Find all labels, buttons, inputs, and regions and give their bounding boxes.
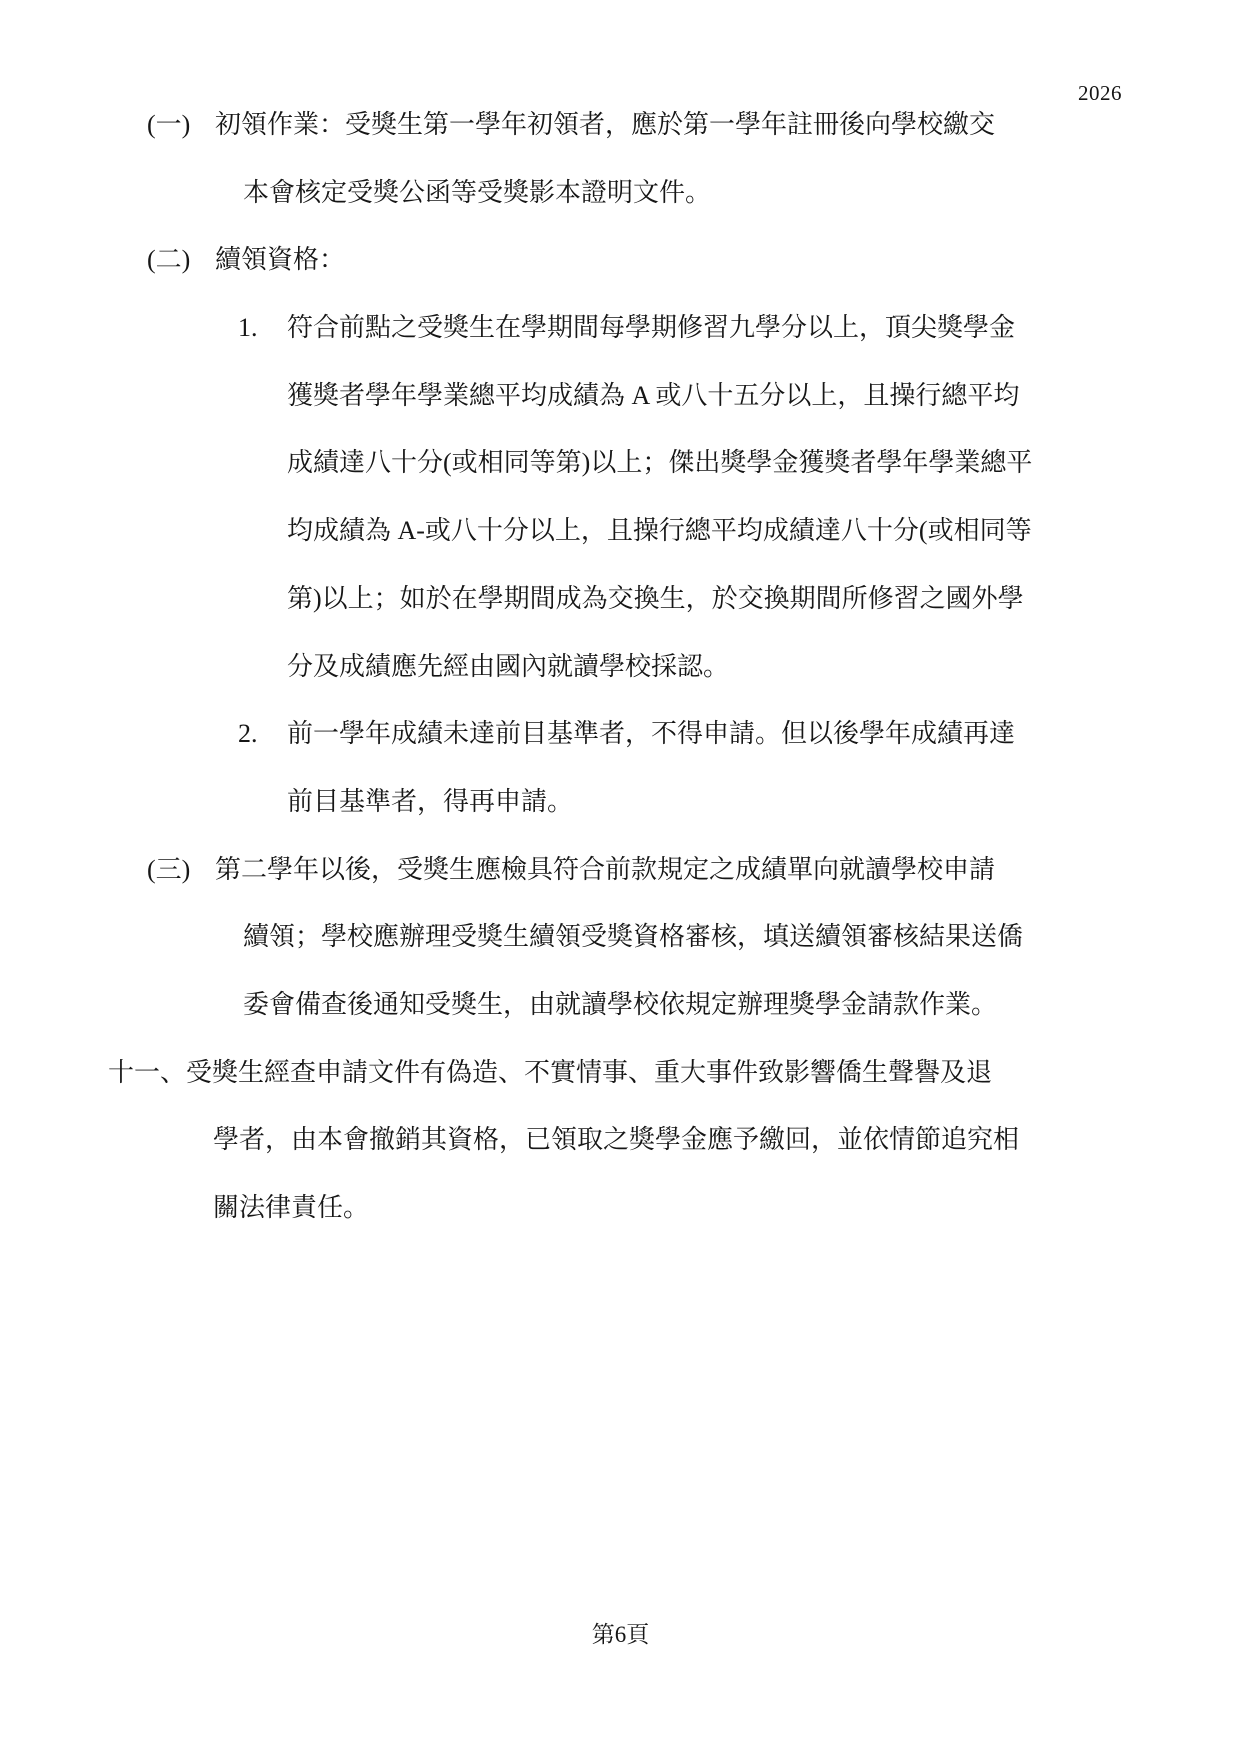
document-body: (一) 初領作業：受獎生第一學年初領者，應於第一學年註冊後向學校繳交 本會核定受… <box>0 106 1241 1257</box>
document-line: 獲獎者學年學業總平均成績為 A 或八十五分以上，且操行總平均 <box>0 377 1241 445</box>
item-text: 分及成績應先經由國內就讀學校採認。 <box>287 650 729 684</box>
item-marker: (一) <box>147 108 190 142</box>
item-text: 前目基準者，得再申請。 <box>287 785 573 819</box>
document-line: 本會核定受獎公函等受獎影本證明文件。 <box>0 174 1241 242</box>
item-marker: 2. <box>238 717 258 751</box>
item-text: 第)以上；如於在學期間成為交換生，於交換期間所修習之國外學 <box>287 582 1024 616</box>
item-marker: 1. <box>238 311 258 345</box>
item-text: 第二學年以後，受獎生應檢具符合前款規定之成績單向就讀學校申請 <box>215 853 995 887</box>
document-line: 續領；學校應辦理受獎生續領受獎資格審核，填送續領審核結果送僑 <box>0 918 1241 986</box>
document-line: 前目基準者，得再申請。 <box>0 783 1241 851</box>
item-text: 受獎生經查申請文件有偽造、不實情事、重大事件致影響僑生聲譽及退 <box>186 1056 992 1090</box>
item-text: 關法律責任。 <box>213 1191 369 1225</box>
page-number: 第6頁 <box>0 1616 1241 1649</box>
document-line: (二) 續領資格： <box>0 241 1241 309</box>
document-line: 委會備查後通知受獎生，由就讀學校依規定辦理獎學金請款作業。 <box>0 986 1241 1054</box>
item-text: 委會備查後通知受獎生，由就讀學校依規定辦理獎學金請款作業。 <box>243 988 997 1022</box>
item-text: 本會核定受獎公函等受獎影本證明文件。 <box>243 176 711 210</box>
document-line: 1. 符合前點之受獎生在學期間每學期修習九學分以上，頂尖獎學金 <box>0 309 1241 377</box>
document-line: 均成績為 A-或八十分以上，且操行總平均成績達八十分(或相同等 <box>0 512 1241 580</box>
item-text: 獲獎者學年學業總平均成績為 A 或八十五分以上，且操行總平均 <box>287 379 1019 413</box>
document-line: 第)以上；如於在學期間成為交換生，於交換期間所修習之國外學 <box>0 580 1241 648</box>
document-line: (一) 初領作業：受獎生第一學年初領者，應於第一學年註冊後向學校繳交 <box>0 106 1241 174</box>
document-page: 2026 (一) 初領作業：受獎生第一學年初領者，應於第一學年註冊後向學校繳交 … <box>0 0 1241 1755</box>
item-marker: 十一、 <box>108 1056 186 1090</box>
year-header: 2026 <box>1078 81 1122 106</box>
item-text: 成績達八十分(或相同等第)以上；傑出獎學金獲獎者學年學業總平 <box>287 446 1032 480</box>
document-line: 成績達八十分(或相同等第)以上；傑出獎學金獲獎者學年學業總平 <box>0 444 1241 512</box>
document-line: 十一、 受獎生經查申請文件有偽造、不實情事、重大事件致影響僑生聲譽及退 <box>0 1054 1241 1122</box>
item-text: 前一學年成績未達前目基準者，不得申請。但以後學年成績再達 <box>287 717 1015 751</box>
item-text: 均成績為 A-或八十分以上，且操行總平均成績達八十分(或相同等 <box>287 514 1032 548</box>
item-text: 初領作業：受獎生第一學年初領者，應於第一學年註冊後向學校繳交 <box>215 108 995 142</box>
document-line: 2. 前一學年成績未達前目基準者，不得申請。但以後學年成績再達 <box>0 715 1241 783</box>
document-line: 關法律責任。 <box>0 1189 1241 1257</box>
document-line: 分及成績應先經由國內就讀學校採認。 <box>0 648 1241 716</box>
item-text: 續領；學校應辦理受獎生續領受獎資格審核，填送續領審核結果送僑 <box>243 920 1023 954</box>
item-text: 符合前點之受獎生在學期間每學期修習九學分以上，頂尖獎學金 <box>287 311 1015 345</box>
item-text: 學者，由本會撤銷其資格，已領取之獎學金應予繳回，並依情節追究相 <box>213 1123 1019 1157</box>
item-text: 續領資格： <box>215 243 345 277</box>
document-line: (三) 第二學年以後，受獎生應檢具符合前款規定之成績單向就讀學校申請 <box>0 851 1241 919</box>
document-line: 學者，由本會撤銷其資格，已領取之獎學金應予繳回，並依情節追究相 <box>0 1121 1241 1189</box>
item-marker: (三) <box>147 853 190 887</box>
item-marker: (二) <box>147 243 190 277</box>
